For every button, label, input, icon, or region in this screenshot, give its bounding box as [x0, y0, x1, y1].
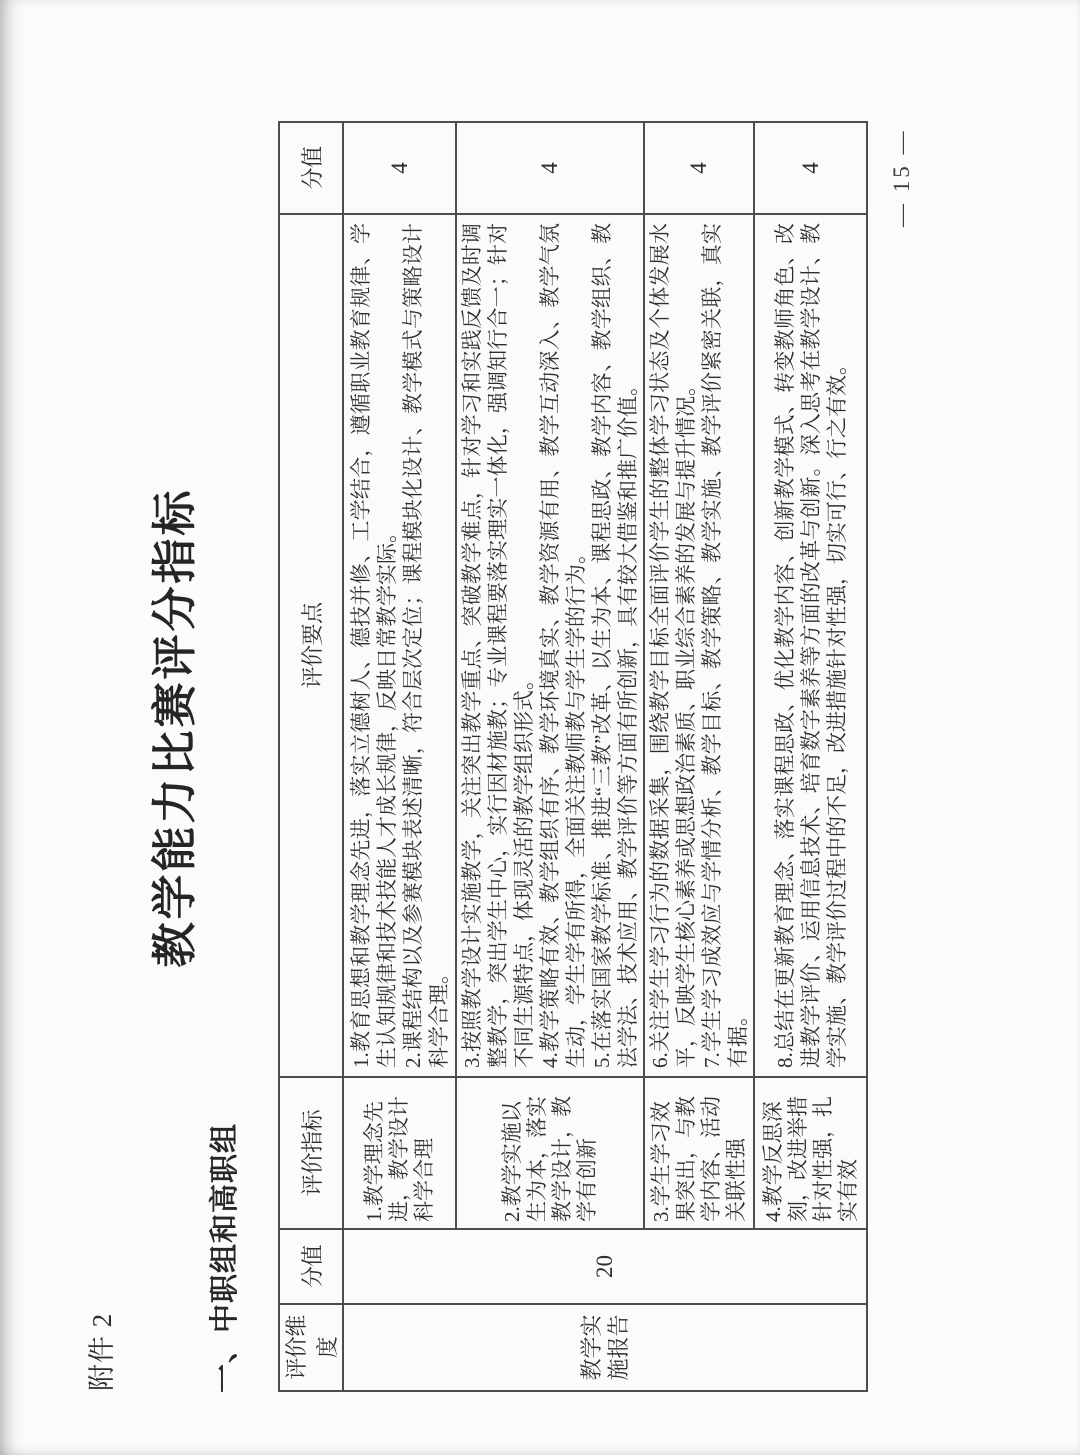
points-cell: 1.教育思想和教学理念先进，落实立德树人、德技并修、工学结合，遵循职业教育规律、…: [343, 214, 456, 1077]
document-title: 教学能力比赛评分指标: [138, 0, 203, 1455]
rotated-page-content: 附件 2 教学能力比赛评分指标 一、中职组和高职组 评价维度 分值 评价指标 评…: [0, 0, 1080, 1455]
score-cell: 4: [343, 122, 456, 214]
section-heading: 一、中职组和高职组: [202, 1123, 243, 1393]
scoring-table: 评价维度 分值 评价指标 评价要点 分值 教学实施报告 20 1.教学理念先进，…: [278, 121, 868, 1392]
score-cell: 4: [754, 122, 867, 214]
header-score: 分值: [279, 1229, 343, 1304]
attachment-label: 附件 2: [80, 1313, 119, 1391]
points-cell: 3.按照教学设计实施教学，关注突出教学重点、突破教学难点，针对学习和实践反馈及时…: [456, 214, 644, 1077]
score-cell: 4: [456, 122, 644, 214]
scanned-page: 附件 2 教学能力比赛评分指标 一、中职组和高职组 评价维度 分值 评价指标 评…: [0, 0, 1080, 1455]
page-number: — 15 —: [889, 129, 915, 228]
indicator-cell: 2.教学实施以生为本，落实教学设计，教学有创新: [456, 1077, 644, 1229]
table-row: 4.教学反思深刻，改进举措针对性强，扎实有效 8.总结在更新教育理念、落实课程思…: [754, 122, 867, 1391]
dimension-score-cell: 20: [343, 1229, 867, 1304]
header-subscore: 分值: [279, 122, 343, 214]
indicator-cell: 3.学生学习效果突出，与教学内容、活动关联性强: [644, 1077, 754, 1229]
dimension-cell: 教学实施报告: [343, 1304, 867, 1391]
table-header-row: 评价维度 分值 评价指标 评价要点 分值: [279, 122, 343, 1391]
table-row: 教学实施报告 20 1.教学理念先进，教学设计科学合理 1.教育思想和教学理念先…: [343, 122, 456, 1391]
table-row: 2.教学实施以生为本，落实教学设计，教学有创新 3.按照教学设计实施教学，关注突…: [456, 122, 644, 1391]
table-row: 3.学生学习效果突出，与教学内容、活动关联性强 6.关注学生学习行为的数据采集，…: [644, 122, 754, 1391]
header-indicator: 评价指标: [279, 1077, 343, 1229]
points-cell: 8.总结在更新教育理念、落实课程思政、优化教学内容、创新教学模式、转变教师角色、…: [754, 214, 867, 1077]
points-cell: 6.关注学生学习行为的数据采集，围绕教学目标全面评价学生的整体学习状态及个体发展…: [644, 214, 754, 1077]
indicator-cell: 4.教学反思深刻，改进举措针对性强，扎实有效: [754, 1077, 867, 1229]
header-points: 评价要点: [279, 214, 343, 1077]
header-dimension: 评价维度: [279, 1304, 343, 1391]
indicator-cell: 1.教学理念先进，教学设计科学合理: [343, 1077, 456, 1229]
score-cell: 4: [644, 122, 754, 214]
